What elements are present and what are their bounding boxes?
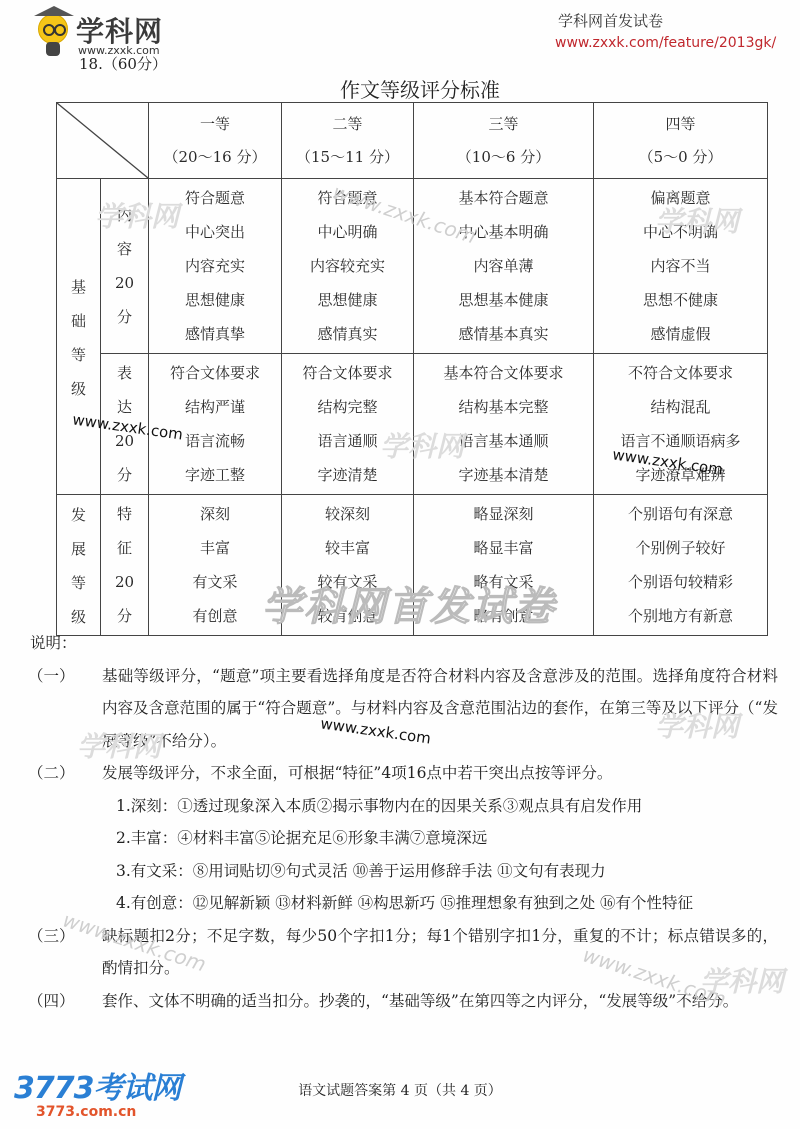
feature-item: 3.有文采：⑧用词贴切⑨句式灵活 ⑩善于运用修辞手法 ⑪文句有表现力	[116, 855, 778, 888]
table-row-content: 基 础 等 级 内 容 20 分 符合题意 中心突出 内容充实 思想健康 感情真…	[57, 179, 768, 354]
note-index: （二）	[28, 757, 102, 790]
graduation-cap-icon	[34, 6, 74, 16]
sub-label-char: 容	[101, 232, 148, 266]
feature-item: 2.丰富：④材料丰富⑤论据充足⑥形象丰满⑦意境深远	[116, 822, 778, 855]
criterion: 较丰富	[282, 531, 413, 565]
grade-label: 三等	[414, 108, 593, 141]
note-index: （一）	[28, 660, 102, 758]
criterion: 语言通顺	[282, 424, 413, 458]
criterion: 偏离题意	[594, 181, 767, 215]
criterion: 感情真实	[282, 317, 413, 351]
criterion: 思想基本健康	[414, 283, 593, 317]
criterion: 有文采	[149, 565, 281, 599]
table-cell: 个别语句有深意 个别例子较好 个别语句较精彩 个别地方有新意	[594, 495, 768, 636]
table-cell: 符合文体要求 结构严谨 语言流畅 字迹工整	[149, 354, 282, 495]
table-cell: 基本符合题意 中心基本明确 内容单薄 思想基本健康 感情基本真实	[414, 179, 594, 354]
table-cell: 符合题意 中心突出 内容充实 思想健康 感情真挚	[149, 179, 282, 354]
note-text: 套作、文体不明确的适当扣分。抄袭的，“基础等级”在第四等之内评分，“发展等级”不…	[102, 985, 778, 1018]
note-index: （三）	[28, 920, 102, 985]
criterion: 个别语句有深意	[594, 497, 767, 531]
criterion: 思想不健康	[594, 283, 767, 317]
table-cell: 符合文体要求 结构完整 语言通顺 字迹清楚	[282, 354, 414, 495]
sub-label-char: 分	[101, 300, 148, 334]
criterion: 内容单薄	[414, 249, 593, 283]
criterion: 字迹基本清楚	[414, 458, 593, 492]
criterion: 内容不当	[594, 249, 767, 283]
criterion: 基本符合文体要求	[414, 356, 593, 390]
criterion: 个别例子较好	[594, 531, 767, 565]
criterion: 思想健康	[282, 283, 413, 317]
category-char: 级	[57, 372, 100, 406]
criterion: 符合文体要求	[149, 356, 281, 390]
criterion: 感情虚假	[594, 317, 767, 351]
criterion: 符合文体要求	[282, 356, 413, 390]
table-row-expression: 表 达 20 分 符合文体要求 结构严谨 语言流畅 字迹工整 符合文体要求 结构…	[57, 354, 768, 495]
criterion: 字迹工整	[149, 458, 281, 492]
criterion: 语言流畅	[149, 424, 281, 458]
grade-range: （5～0 分）	[594, 141, 767, 174]
grade-label: 四等	[594, 108, 767, 141]
corner-cell	[57, 103, 149, 179]
table-header-row: 一等 （20～16 分） 二等 （15～11 分） 三等 （10～6 分） 四等…	[57, 103, 768, 179]
criterion: 结构完整	[282, 390, 413, 424]
column-header: 二等 （15～11 分）	[282, 103, 414, 179]
criterion: 结构混乱	[594, 390, 767, 424]
criterion: 较深刻	[282, 497, 413, 531]
criterion: 略有文采	[414, 565, 593, 599]
criterion: 略显深刻	[414, 497, 593, 531]
mascot-body	[46, 42, 60, 56]
criterion: 丰富	[149, 531, 281, 565]
criterion: 略显丰富	[414, 531, 593, 565]
sub-label-char: 征	[101, 531, 148, 565]
criterion: 中心基本明确	[414, 215, 593, 249]
category-char: 基	[57, 270, 100, 304]
table-cell: 深刻 丰富 有文采 有创意	[149, 495, 282, 636]
table-row-features: 发 展 等 级 特 征 20 分 深刻 丰富 有文采 有创意 较深刻 较丰富 较…	[57, 495, 768, 636]
note-item-3: （三） 缺标题扣2分；不足字数，每少50个字扣1分；每1个错别字扣1分，重复的不…	[28, 920, 778, 985]
criterion: 思想健康	[149, 283, 281, 317]
criterion: 中心明确	[282, 215, 413, 249]
criterion: 基本符合题意	[414, 181, 593, 215]
note-index: （四）	[28, 985, 102, 1018]
criterion: 内容较充实	[282, 249, 413, 283]
grade-label: 一等	[149, 108, 281, 141]
question-number: 18.（60分）	[79, 53, 167, 74]
table-title: 作文等级评分标准	[0, 74, 800, 103]
sub-label-features: 特 征 20 分	[101, 495, 149, 636]
table-cell: 较深刻 较丰富 较有文采 较有创意	[282, 495, 414, 636]
sub-label-char: 20	[101, 424, 148, 458]
sub-label-char: 20	[101, 266, 148, 300]
sub-label-char: 20	[101, 565, 148, 599]
table-cell: 基本符合文体要求 结构基本完整 语言基本通顺 字迹基本清楚	[414, 354, 594, 495]
criterion: 字迹清楚	[282, 458, 413, 492]
category-char: 等	[57, 338, 100, 372]
table-cell: 不符合文体要求 结构混乱 语言不通顺语病多 字迹潦草难辨	[594, 354, 768, 495]
criterion: 语言基本通顺	[414, 424, 593, 458]
page-number: 语文试题答案第 4 页（共 4 页）	[0, 1080, 800, 1100]
criterion: 个别语句较精彩	[594, 565, 767, 599]
criterion: 结构严谨	[149, 390, 281, 424]
note-item-2: （二） 发展等级评分，不求全面，可根据“特征”4项16点中若干突出点按等评分。	[28, 757, 778, 790]
criterion: 深刻	[149, 497, 281, 531]
criterion: 不符合文体要求	[594, 356, 767, 390]
grading-table: 一等 （20～16 分） 二等 （15～11 分） 三等 （10～6 分） 四等…	[56, 102, 768, 636]
note-text: 基础等级评分，“题意”项主要看选择角度是否符合材料内容及含意涉及的范围。选择角度…	[102, 660, 778, 758]
mascot-icon	[38, 14, 68, 44]
sub-label-char: 内	[101, 198, 148, 232]
grade-range: （10～6 分）	[414, 141, 593, 174]
note-text: 发展等级评分，不求全面，可根据“特征”4项16点中若干突出点按等评分。	[102, 757, 778, 790]
criterion: 中心不明确	[594, 215, 767, 249]
sub-label-expression: 表 达 20 分	[101, 354, 149, 495]
criterion: 结构基本完整	[414, 390, 593, 424]
column-header: 三等 （10～6 分）	[414, 103, 594, 179]
note-item-4: （四） 套作、文体不明确的适当扣分。抄袭的，“基础等级”在第四等之内评分，“发展…	[28, 985, 778, 1018]
column-header: 四等 （5～0 分）	[594, 103, 768, 179]
sub-label-char: 表	[101, 356, 148, 390]
category-char: 础	[57, 304, 100, 338]
header-title: 学科网首发试卷	[558, 10, 776, 31]
category-development: 发 展 等 级	[57, 495, 101, 636]
criterion: 感情基本真实	[414, 317, 593, 351]
grade-range: （20～16 分）	[149, 141, 281, 174]
sub-label-char: 达	[101, 390, 148, 424]
column-header: 一等 （20～16 分）	[149, 103, 282, 179]
notes-section: 说明： （一） 基础等级评分，“题意”项主要看选择角度是否符合材料内容及含意涉及…	[28, 627, 778, 1017]
header-link[interactable]: www.zxxk.com/feature/2013gk/	[555, 35, 776, 51]
header-right: 学科网首发试卷 www.zxxk.com/feature/2013gk/	[555, 10, 776, 51]
notes-label: 说明：	[30, 627, 778, 660]
sub-label-char: 特	[101, 497, 148, 531]
category-char: 等	[57, 566, 100, 600]
criterion: 语言不通顺语病多	[594, 424, 767, 458]
feature-list: 1.深刻：①透过现象深入本质②揭示事物内在的因果关系③观点具有启发作用 2.丰富…	[28, 790, 778, 920]
table-cell: 偏离题意 中心不明确 内容不当 思想不健康 感情虚假	[594, 179, 768, 354]
feature-item: 1.深刻：①透过现象深入本质②揭示事物内在的因果关系③观点具有启发作用	[116, 790, 778, 823]
category-char: 发	[57, 498, 100, 532]
criterion: 感情真挚	[149, 317, 281, 351]
criterion: 符合题意	[149, 181, 281, 215]
criterion: 符合题意	[282, 181, 413, 215]
note-text: 缺标题扣2分；不足字数，每少50个字扣1分；每1个错别字扣1分，重复的不计；标点…	[102, 920, 778, 985]
sub-label-char: 分	[101, 458, 148, 492]
table-cell: 略显深刻 略显丰富 略有文采 略有创意	[414, 495, 594, 636]
diagonal-line-icon	[57, 103, 148, 178]
sub-label-content: 内 容 20 分	[101, 179, 149, 354]
table-cell: 符合题意 中心明确 内容较充实 思想健康 感情真实	[282, 179, 414, 354]
grade-range: （15～11 分）	[282, 141, 413, 174]
criterion: 较有文采	[282, 565, 413, 599]
feature-item: 4.有创意：⑫见解新颖 ⑬材料新鲜 ⑭构思新巧 ⑮推理想象有独到之处 ⑯有个性特…	[116, 887, 778, 920]
note-item-1: （一） 基础等级评分，“题意”项主要看选择角度是否符合材料内容及含意涉及的范围。…	[28, 660, 778, 758]
criterion: 字迹潦草难辨	[594, 458, 767, 492]
category-char: 展	[57, 532, 100, 566]
criterion: 内容充实	[149, 249, 281, 283]
category-basic: 基 础 等 级	[57, 179, 101, 495]
grade-label: 二等	[282, 108, 413, 141]
criterion: 中心突出	[149, 215, 281, 249]
